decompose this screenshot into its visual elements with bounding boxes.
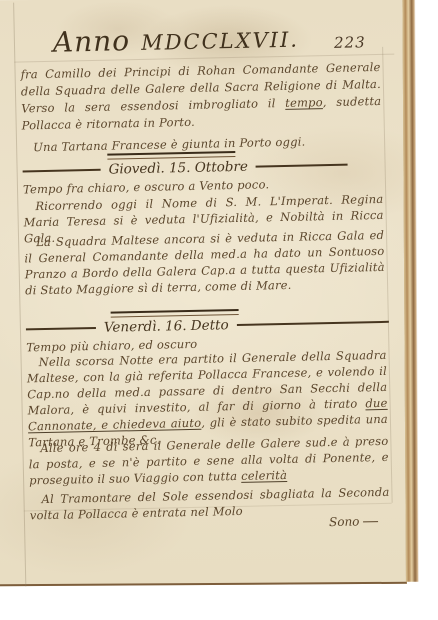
heading-rule-left (26, 327, 96, 330)
section-rule-2 (111, 309, 239, 318)
heading-rule-right (256, 164, 348, 168)
catchword: Sono (329, 514, 379, 529)
manuscript-page: Anno MDCCLXVII. 223 fra Camillo dei Prin… (0, 0, 407, 586)
manuscript-scan: Anno MDCCLXVII. 223 fra Camillo dei Prin… (0, 0, 438, 620)
heading-rule-right (237, 321, 389, 326)
entry1-paragraph-2: La Squadra Maltese ancora si è veduta in… (24, 227, 385, 299)
catchword-text: Sono (329, 514, 360, 529)
catchword-flourish (363, 521, 378, 522)
entry2-p1-text-a: Nella scorsa Notte era partito il Genera… (27, 348, 388, 418)
entry2-p2-text-a: Alle ore 4 di sera il Generale delle Gal… (29, 434, 389, 488)
heading-rule-left (23, 169, 101, 173)
title-script-word: Anno (53, 24, 131, 59)
intro-underlined-word: tempo (285, 95, 323, 110)
page-number: 223 (334, 33, 366, 52)
entry2-paragraph-2: Alle ore 4 di sera il Generale delle Gal… (28, 433, 389, 489)
section-rule-1 (107, 151, 235, 160)
page-title: Anno MDCCLXVII. (39, 20, 314, 59)
title-roman-numerals: MDCCLXVII. (141, 28, 299, 55)
intro-paragraph: fra Camillo dei Principi di Rohan Comand… (20, 59, 381, 135)
book: Anno MDCCLXVII. 223 fra Camillo dei Prin… (0, 0, 438, 620)
entry2-p2-underlined: celerità (241, 468, 287, 483)
page-content: Anno MDCCLXVII. 223 fra Camillo dei Prin… (0, 0, 410, 587)
entry-heading-2: Venerdì. 16. Detto (96, 317, 237, 336)
book-page-edges (402, 0, 419, 582)
entry-heading-1: Giovedì. 15. Ottobre (100, 159, 256, 178)
